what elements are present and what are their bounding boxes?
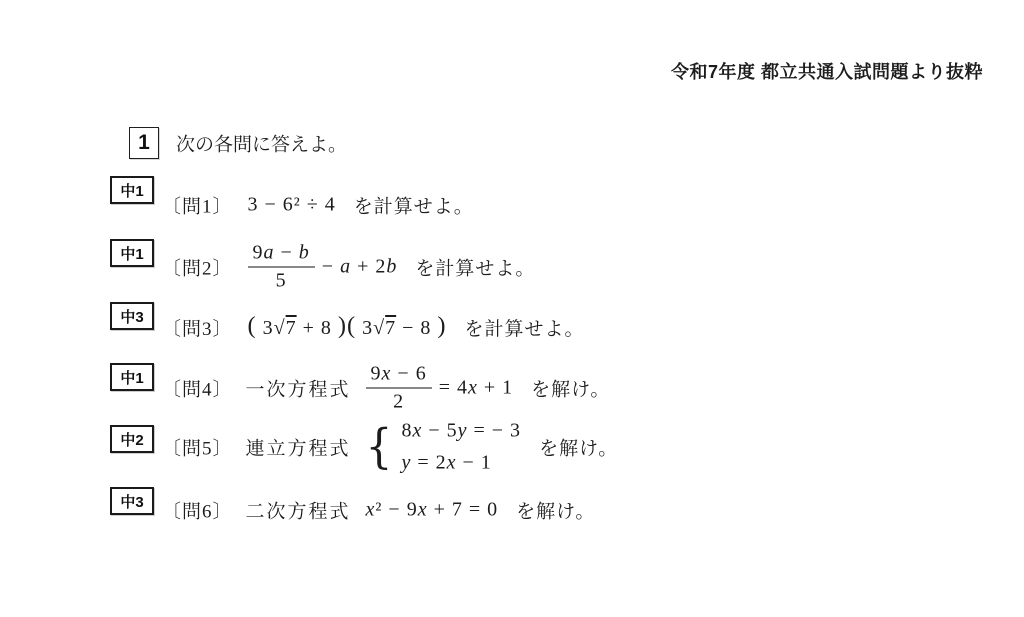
problem-suffix-q5: を解け。 <box>539 434 618 461</box>
problem-row-q1: 〔問1〕 3 − 6² ÷ 4 を計算せよ。 <box>162 192 474 219</box>
fraction-denominator-q2: 5 <box>271 268 292 293</box>
math-after-q2: − a + 2b <box>322 256 398 279</box>
worksheet-page: 令和7年度 都立共通入試問題より抜粋 1 次の各問に答えよ。 中1 〔問1〕 3… <box>0 0 1024 617</box>
fraction-q2: 9a − b 5 <box>248 242 315 293</box>
problem-suffix-q4: を解け。 <box>531 375 610 402</box>
math-expression-q1: 3 − 6² ÷ 4 <box>248 194 336 217</box>
system-equation-2: y = 2x − 1 <box>401 452 521 475</box>
problem-row-q2: 〔問2〕 9a − b 5 − a + 2b を計算せよ。 <box>162 242 535 293</box>
system-equations: 8x − 5y = − 3 y = 2x − 1 <box>401 420 521 475</box>
problem-type-q5: 連立方程式 <box>246 434 351 461</box>
problem-row-q4: 〔問4〕 一次方程式 9x − 6 2 = 4x + 1 を解け。 <box>162 363 610 414</box>
problem-row-q6: 〔問6〕 二次方程式 x² − 9x + 7 = 0 を解け。 <box>162 497 595 524</box>
problem-suffix-q2: を計算せよ。 <box>415 254 535 281</box>
problem-label-q6: 〔問6〕 <box>162 497 233 524</box>
problem-label-q2: 〔問2〕 <box>162 254 233 281</box>
problem-suffix-q6: を解け。 <box>516 497 595 524</box>
fraction-numerator-q2: 9a − b <box>248 242 315 268</box>
section-instruction: 次の各問に答えよ。 <box>176 130 347 157</box>
grade-badge-q5: 中2 <box>110 425 154 453</box>
system-brace-icon: { <box>365 420 392 475</box>
grade-badge-q4: 中1 <box>110 363 154 391</box>
problem-suffix-q3: を計算せよ。 <box>465 314 585 341</box>
fraction-numerator-q4: 9x − 6 <box>366 363 432 389</box>
grade-badge-q1: 中1 <box>110 176 154 204</box>
problem-label-q1: 〔問1〕 <box>162 192 233 219</box>
grade-badge-q6: 中3 <box>110 487 154 515</box>
problem-row-q3: 〔問3〕 ( 3√7 + 8 )( 3√7 − 8 ) を計算せよ。 <box>162 313 585 341</box>
problem-label-q5: 〔問5〕 <box>162 434 233 461</box>
problem-label-q4: 〔問4〕 <box>162 375 233 402</box>
section-number-box: 1 <box>129 127 159 159</box>
math-expression-q6: x² − 9x + 7 = 0 <box>366 499 499 522</box>
grade-badge-q2: 中1 <box>110 239 154 267</box>
math-expression-q3: ( 3√7 + 8 )( 3√7 − 8 ) <box>248 313 447 341</box>
problem-type-q4: 一次方程式 <box>246 375 351 402</box>
section-number: 1 <box>138 131 150 155</box>
fraction-denominator-q4: 2 <box>388 389 409 414</box>
system-equation-1: 8x − 5y = − 3 <box>401 420 521 443</box>
fraction-q4: 9x − 6 2 <box>366 363 432 414</box>
problem-label-q3: 〔問3〕 <box>162 314 233 341</box>
problem-type-q6: 二次方程式 <box>246 497 351 524</box>
document-source-title: 令和7年度 都立共通入試問題より抜粋 <box>671 58 983 84</box>
problem-suffix-q1: を計算せよ。 <box>354 192 474 219</box>
grade-badge-q3: 中3 <box>110 302 154 330</box>
problem-row-q5: 〔問5〕 連立方程式 { 8x − 5y = − 3 y = 2x − 1 を解… <box>162 420 618 475</box>
equation-system-q5: { 8x − 5y = − 3 y = 2x − 1 <box>364 420 522 475</box>
math-after-q4: = 4x + 1 <box>439 377 513 400</box>
